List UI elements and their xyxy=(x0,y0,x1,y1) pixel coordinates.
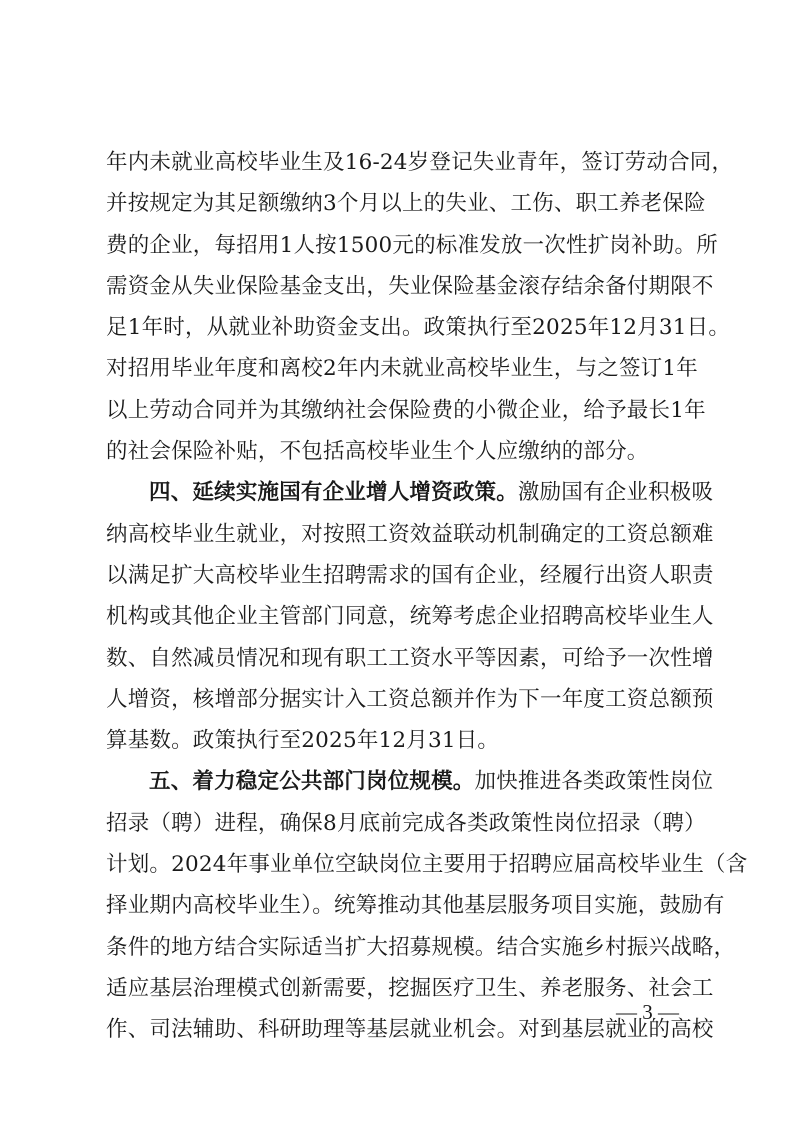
text-line-17: 招录（聘）进程，确保8月底前完成各类政策性岗位招录（聘） xyxy=(106,803,692,844)
text-line-20: 条件的地方结合实际适当扩大招募规模。结合实施乡村振兴战略， xyxy=(106,927,692,968)
text-line-6: 对招用毕业年度和离校2年内未就业高校毕业生，与之签订1年 xyxy=(106,348,692,389)
text-line-7: 以上劳动合同并为其缴纳社会保险费的小微企业，给予最长1年 xyxy=(106,390,692,431)
text-line-21: 适应基层治理模式创新需要，挖掘医疗卫生、养老服务、社会工 xyxy=(106,968,692,1009)
text-line-18: 计划。2024年事业单位空缺岗位主要用于招聘应届高校毕业生（含 xyxy=(106,844,692,885)
text-line-19: 择业期内高校毕业生）。统筹推动其他基层服务项目实施，鼓励有 xyxy=(106,885,692,926)
text-line-10: 纳高校毕业生就业，对按照工资效益联动机制确定的工资总额难 xyxy=(106,514,692,555)
text-line-22: 作、司法辅助、科研助理等基层就业机会。对到基层就业的高校 xyxy=(106,1009,692,1050)
text-line-11: 以满足扩大高校毕业生招聘需求的国有企业，经履行出资人职责 xyxy=(106,555,692,596)
text-line-3: 费的企业，每招用1人按1500元的标准发放一次性扩岗补助。所 xyxy=(106,225,692,266)
section-four-heading: 四、延续实施国有企业增人增资政策。 xyxy=(149,480,518,505)
text-line-12: 机构或其他企业主管部门同意，统筹考虑企业招聘高校毕业生人 xyxy=(106,596,692,637)
section-four-line-1: 四、延续实施国有企业增人增资政策。激励国有企业积极吸 xyxy=(106,472,692,513)
text-line-13: 数、自然减员情况和现有职工工资水平等因素，可给予一次性增 xyxy=(106,638,692,679)
text-line-2: 并按规定为其足额缴纳3个月以上的失业、工伤、职工养老保险 xyxy=(106,183,692,224)
text-line-15: 算基数。政策执行至2025年12月31日。 xyxy=(106,720,692,761)
section-five-text: 加快推进各类政策性岗位 xyxy=(475,769,714,794)
section-five-heading: 五、着力稳定公共部门岗位规模。 xyxy=(149,769,475,794)
document-body: 年内未就业高校毕业生及16-24岁登记失业青年，签订劳动合同， 并按规定为其足额… xyxy=(106,142,692,1051)
text-line-5: 足1年时，从就业补助资金支出。政策执行至2025年12月31日。 xyxy=(106,307,692,348)
section-four-text: 激励国有企业积极吸 xyxy=(518,480,713,505)
text-line-4: 需资金从失业保险基金支出，失业保险基金滚存结余备付期限不 xyxy=(106,266,692,307)
text-line-8: 的社会保险补贴，不包括高校毕业生个人应缴纳的部分。 xyxy=(106,431,692,472)
page-number: — 3 — xyxy=(616,1000,679,1025)
text-line-14: 人增资，核增部分据实计入工资总额并作为下一年度工资总额预 xyxy=(106,679,692,720)
section-five-line-1: 五、着力稳定公共部门岗位规模。加快推进各类政策性岗位 xyxy=(106,761,692,802)
text-line-1: 年内未就业高校毕业生及16-24岁登记失业青年，签订劳动合同， xyxy=(106,142,692,183)
